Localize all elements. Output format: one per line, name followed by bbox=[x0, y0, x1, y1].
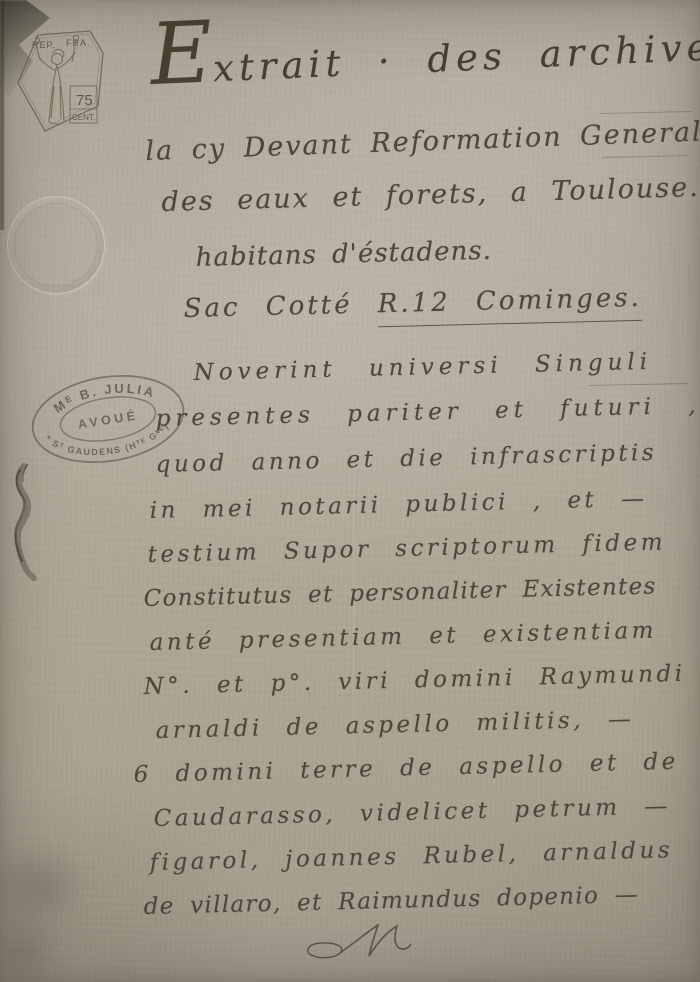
heading-line-3: des eaux et forets, a Toulouse. bbox=[161, 172, 700, 218]
revenue-stamp-value: 75 bbox=[76, 92, 93, 109]
revenue-stamp-unit: CENT. bbox=[72, 113, 95, 122]
guide-mark bbox=[602, 155, 688, 158]
manuscript-line: anté presentiam et existentiam bbox=[149, 618, 657, 656]
manuscript-line: arnaldi de aspello militis, — bbox=[155, 706, 634, 744]
embossed-seal-inner-ring bbox=[14, 203, 98, 287]
manuscript-line: presentes pariter et futuri , bbox=[155, 393, 700, 432]
manuscript-line: quod anno et die infrascriptis bbox=[155, 440, 657, 478]
embossed-seal bbox=[7, 196, 105, 294]
notary-stamp-name: Mᴱ B. JULIA bbox=[49, 374, 160, 417]
manuscript-line: figarol, joannes Rubel, arnaldus bbox=[149, 837, 673, 876]
manuscript-line: Noverint universi Singuli bbox=[193, 349, 652, 386]
notary-stamp-title: AVOUÉ bbox=[77, 407, 140, 431]
manuscript-line: in mei notarii publici , et — bbox=[149, 486, 648, 524]
manuscript-line: de villaro, et Raimundus dopenio — bbox=[143, 882, 639, 920]
paraph-flourish bbox=[300, 918, 450, 974]
manuscript-line: N°. et p°. viri domini Raymundi bbox=[143, 661, 686, 700]
cote-prefix: Sac Cotté bbox=[183, 289, 378, 324]
heading-line-1: Extrait · des archives de bbox=[150, 7, 700, 93]
guide-mark bbox=[600, 111, 692, 114]
revenue-stamp-country-left: REP. bbox=[32, 40, 56, 50]
manuscript-line: 6 domini terre de aspello et de bbox=[133, 749, 679, 788]
left-edge-shadow bbox=[0, 0, 4, 230]
cote-line: Sac Cotté R.12 Cominges. bbox=[183, 283, 642, 324]
manuscript-line: Caudarasso, videlicet petrum — bbox=[153, 793, 671, 832]
guide-mark bbox=[588, 383, 688, 386]
svg-text:Mᴱ B. JULIA: Mᴱ B. JULIA bbox=[49, 374, 160, 417]
manuscript-page: REP. FRA. 75 CENT. bbox=[0, 0, 700, 982]
subheading-line: habitans d'éstadens. bbox=[195, 236, 492, 273]
revenue-stamp: REP. FRA. 75 CENT. bbox=[12, 26, 108, 138]
manuscript-line: testium Supor scriptorum fidem bbox=[147, 529, 666, 568]
cote-reference: R.12 Cominges. bbox=[377, 283, 642, 327]
paper-stain bbox=[0, 835, 150, 982]
binding-thread bbox=[2, 462, 48, 582]
manuscript-line: Constitutus et personaliter Existentes bbox=[143, 573, 657, 612]
heading-line-2: la cy Devant Reformation Generalle bbox=[145, 116, 700, 167]
